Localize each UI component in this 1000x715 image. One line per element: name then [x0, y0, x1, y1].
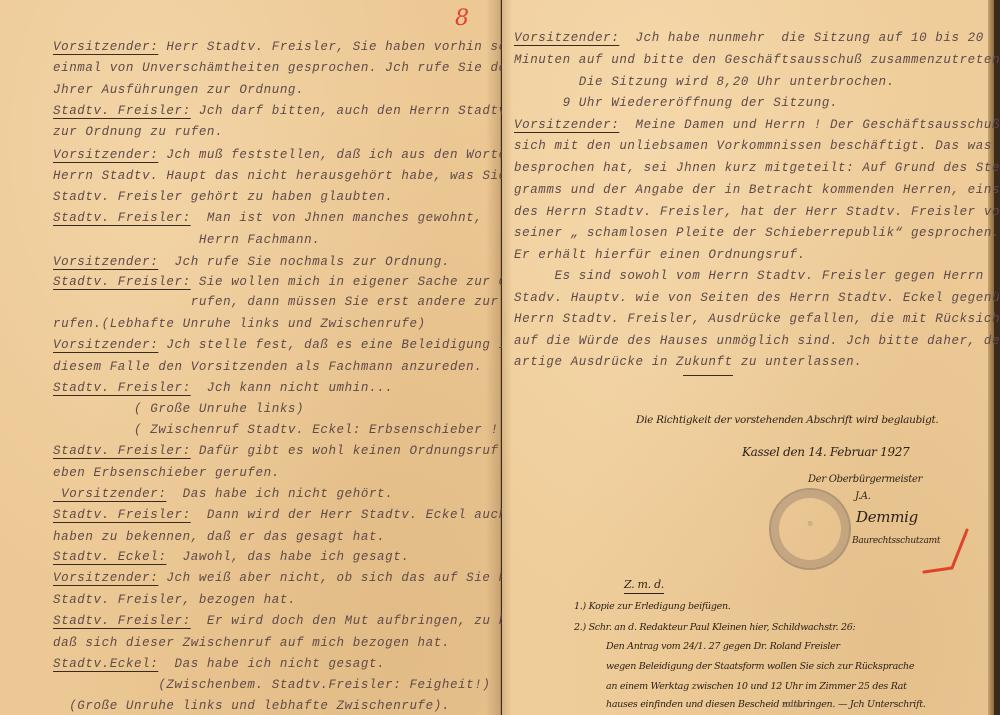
typed-line: (Große Unruhe links und lebhafte Zwische… — [53, 698, 450, 714]
typed-line: Stadtv. Freisler, bezogen hat. — [53, 592, 296, 608]
typed-line: Vorsitzender: Jch muß feststellen, daß i… — [53, 147, 547, 163]
speaker-label: Stadtv. Eckel: — [53, 550, 166, 564]
speaker-label: Stadtv. Freisler: — [53, 508, 191, 522]
typed-line: Herrn Stadtv. Haupt das nicht herausgehö… — [53, 168, 555, 184]
handwritten-note-line: an einem Werktag zwischen 10 und 12 Uhr … — [606, 681, 907, 692]
page-edge — [988, 0, 994, 715]
typed-line: Herrn Fachmann. — [53, 232, 320, 248]
line-text: des Herrn Stadtv. Freisler, hat der Herr… — [514, 205, 1000, 219]
speaker-label: Stadtv. Freisler: — [53, 381, 191, 395]
typed-line: 9 Uhr Wiedereröffnung der Sitzung. — [514, 95, 838, 111]
speaker-label: Vorsitzender: — [53, 338, 158, 352]
line-text: Die Sitzung wird 8,20 Uhr unterbrochen. — [514, 75, 895, 89]
typed-line: Vorsitzender: Das habe ich nicht gehört. — [53, 486, 393, 502]
typed-line: Er erhält hierfür einen Ordnungsruf. — [514, 247, 806, 263]
typed-line: Die Sitzung wird 8,20 Uhr unterbrochen. — [514, 74, 895, 90]
line-text: (Große Unruhe links und lebhafte Zwische… — [53, 699, 450, 713]
line-text: Jch stelle fest, daß es eine Beleidigung… — [158, 338, 555, 352]
ia-abbreviation: J.A. — [855, 491, 871, 502]
speaker-label: Stadtv. Freisler: — [53, 275, 191, 289]
line-text: einmal von Unverschämtheiten gesprochen.… — [53, 61, 555, 75]
place-date: Kassel den 14. Februar 1927 — [742, 445, 909, 459]
typed-line: (Zwischenbem. Stadtv.Freisler: Feigheit!… — [53, 677, 490, 693]
speaker-label: Vorsitzender: — [53, 255, 158, 269]
typed-line: Vorsitzender: Meine Damen und Herrn ! De… — [514, 117, 1000, 133]
note-header: Z. m. d. — [624, 578, 664, 591]
speaker-label: Stadtv. Freisler: — [53, 211, 191, 225]
typed-line: Herrn Stadtv. Freisler, Ausdrücke gefall… — [514, 311, 1000, 327]
left-page: Vorsitzender: Herr Stadtv. Freisler, Sie… — [0, 0, 501, 715]
typed-line: Stadtv. Freisler: Sie wollen mich in eig… — [53, 274, 555, 290]
typed-line: Stadtv.Eckel: Das habe ich nicht gesagt. — [53, 656, 385, 672]
line-text: Stadtv. Freisler gehört zu haben glaubte… — [53, 190, 393, 204]
typed-line: Stadtv. Freisler: Jch kann nicht umhin..… — [53, 380, 393, 396]
typed-line: gramms und der Angabe der in Betracht ko… — [514, 182, 1000, 198]
typed-line: haben zu bekennen, daß er das gesagt hat… — [53, 529, 385, 545]
line-text: besprochen hat, sei Jhnen kurz mitgeteil… — [514, 161, 1000, 175]
line-text: auf die Würde des Hauses unmöglich sind.… — [514, 334, 1000, 348]
speaker-label: Vorsitzender: — [53, 148, 158, 162]
typed-line: Minuten auf und bitte den Geschäftsaussc… — [514, 52, 1000, 68]
line-text: Jawohl, das habe ich gesagt. — [166, 550, 409, 564]
typed-line: Vorsitzender: Jch habe nunmehr die Sitzu… — [514, 30, 984, 46]
line-text: eben Erbsenschieber gerufen. — [53, 466, 280, 480]
typed-line: Stadtv. Freisler: Er wird doch den Mut a… — [53, 613, 572, 629]
typed-line: seiner „ schamlosen Pleite der Schieberr… — [514, 225, 1000, 241]
typed-line: Vorsitzender: Jch stelle fest, daß es ei… — [53, 337, 555, 353]
typed-line: eben Erbsenschieber gerufen. — [53, 465, 280, 481]
line-text: Sie wollen mich in eigener Sache zur Ord… — [191, 275, 556, 289]
line-text: Jch habe nunmehr die Sitzung auf 10 bis … — [619, 31, 984, 45]
pencil-note: z.d.A. — [782, 700, 803, 709]
typed-line: artige Ausdrücke in Zukunft zu unterlass… — [514, 354, 862, 370]
section-divider — [683, 375, 733, 376]
line-text: Es sind sowohl vom Herrn Stadtv. Freisle… — [514, 269, 984, 283]
line-text: ( Große Unruhe links) — [53, 402, 304, 416]
handwritten-note-line: — Jch Unterschrift. — [838, 699, 925, 710]
typed-line: Stadtv. Eckel: Jawohl, das habe ich gesa… — [53, 549, 409, 565]
line-text: sich mit den unliebsamen Vorkommnissen b… — [514, 139, 1000, 153]
typed-line: des Herrn Stadtv. Freisler, hat der Herr… — [514, 204, 1000, 220]
seal-emblem-icon: ◎ — [771, 520, 849, 527]
typed-line: ( Große Unruhe links) — [53, 401, 304, 417]
typed-line: rufen.(Lebhafte Unruhe links und Zwische… — [53, 316, 426, 332]
signature: Demmig — [856, 508, 918, 526]
line-text: Herr Stadtv. Freisler, Sie haben vorhin … — [158, 40, 531, 54]
typed-line: diesem Falle den Vorsitzenden als Fachma… — [53, 359, 482, 375]
typed-line: rufen, dann müssen Sie erst andere zur O… — [53, 294, 563, 310]
line-text: daß sich dieser Zwischenruf auf mich bez… — [53, 636, 450, 650]
typed-line: Vorsitzender: Jch rufe Sie nochmals zur … — [53, 254, 450, 270]
typed-line: Stadtv. Freisler: Dafür gibt es wohl kei… — [53, 443, 563, 459]
line-text: Jhrer Ausführungen zur Ordnung. — [53, 83, 304, 97]
typed-line: Stadv. Hauptv. wie von Seiten des Herrn … — [514, 290, 1000, 306]
red-check-mark-icon — [922, 528, 970, 576]
handwritten-note-line: 2.) Schr. an d. Redakteur Paul Kleinen h… — [574, 622, 855, 633]
speaker-label: Vorsitzender: — [514, 118, 619, 132]
line-text: Das habe ich nicht gehört. — [166, 487, 393, 501]
certification-note: Die Richtigkeit der vorstehenden Abschri… — [636, 414, 938, 426]
line-text: Herrn Fachmann. — [53, 233, 320, 247]
typed-line: einmal von Unverschämtheiten gesprochen.… — [53, 60, 555, 76]
typed-line: zur Ordnung zu rufen. — [53, 124, 223, 140]
handwritten-note-line: Den Antrag vom 24/1. 27 gegen Dr. Roland… — [606, 641, 840, 652]
line-text: 9 Uhr Wiedereröffnung der Sitzung. — [514, 96, 838, 110]
speaker-label: Vorsitzender: — [53, 40, 158, 54]
line-text: Man ist von Jhnen manches gewohnt, — [191, 211, 483, 225]
line-text: rufen, dann müssen Sie erst andere zur O… — [53, 295, 563, 309]
speaker-label: Stadtv. Freisler: — [53, 444, 191, 458]
line-text: seiner „ schamlosen Pleite der Schieberr… — [514, 226, 1000, 240]
handwritten-note-line: wegen Beleidigung der Staatsform wollen … — [606, 661, 914, 672]
line-text: Herrn Stadtv. Haupt das nicht herausgehö… — [53, 169, 555, 183]
typed-line: Stadtv. Freisler: Man ist von Jhnen manc… — [53, 210, 482, 226]
line-text: Jch darf bitten, auch den Herrn Stadtv.H… — [191, 104, 556, 118]
handwritten-note-line: 1.) Kopie zur Erledigung beifügen. — [574, 601, 731, 612]
document-spread: Vorsitzender: Herr Stadtv. Freisler, Sie… — [0, 0, 1000, 715]
line-text: Minuten auf und bitte den Geschäftsaussc… — [514, 53, 1000, 67]
line-text: haben zu bekennen, daß er das gesagt hat… — [53, 530, 385, 544]
line-text: rufen.(Lebhafte Unruhe links und Zwische… — [53, 317, 426, 331]
speaker-label: Stadtv. Freisler: — [53, 614, 191, 628]
typed-line: besprochen hat, sei Jhnen kurz mitgeteil… — [514, 160, 1000, 176]
speaker-label: Vorsitzender: — [53, 487, 166, 501]
authority-line: Der Oberbürgermeister — [808, 474, 922, 485]
line-text: Das habe ich nicht gesagt. — [158, 657, 385, 671]
line-text: ( Zwischenruf Stadtv. Eckel: Erbsenschie… — [53, 423, 499, 437]
line-text: Er erhält hierfür einen Ordnungsruf. — [514, 248, 806, 262]
typed-line: Jhrer Ausführungen zur Ordnung. — [53, 82, 304, 98]
line-text: artige Ausdrücke in Zukunft zu unterlass… — [514, 355, 862, 369]
typed-line: Es sind sowohl vom Herrn Stadtv. Freisle… — [514, 268, 984, 284]
line-text: Meine Damen und Herrn ! Der Geschäftsaus… — [619, 118, 1000, 132]
typed-line: Stadtv. Freisler: Jch darf bitten, auch … — [53, 103, 555, 119]
line-text: zur Ordnung zu rufen. — [53, 125, 223, 139]
line-text: Herrn Stadtv. Freisler, Ausdrücke gefall… — [514, 312, 1000, 326]
page-number: 8 — [455, 6, 469, 31]
line-text: Jch rufe Sie nochmals zur Ordnung. — [158, 255, 450, 269]
official-seal-stamp: ◎ — [769, 488, 851, 570]
typed-line: Vorsitzender: Herr Stadtv. Freisler, Sie… — [53, 39, 531, 55]
typed-line: auf die Würde des Hauses unmöglich sind.… — [514, 333, 1000, 349]
line-text: Stadtv. Freisler, bezogen hat. — [53, 593, 296, 607]
typed-line: Vorsitzender: Jch weiß aber nicht, ob si… — [53, 570, 531, 586]
line-text: Stadv. Hauptv. wie von Seiten des Herrn … — [514, 291, 1000, 305]
typed-line: sich mit den unliebsamen Vorkommnissen b… — [514, 138, 1000, 154]
typed-line: Stadtv. Freisler gehört zu haben glaubte… — [53, 189, 393, 205]
line-text: Jch weiß aber nicht, ob sich das auf Sie… — [158, 571, 531, 585]
line-text: (Zwischenbem. Stadtv.Freisler: Feigheit!… — [53, 678, 490, 692]
line-text: Jch muß feststellen, daß ich aus den Wor… — [158, 148, 547, 162]
line-text: Jch kann nicht umhin... — [191, 381, 394, 395]
speaker-label: Stadtv.Eckel: — [53, 657, 158, 671]
typed-line: ( Zwischenruf Stadtv. Eckel: Erbsenschie… — [53, 422, 499, 438]
speaker-label: Vorsitzender: — [514, 31, 619, 45]
line-text: gramms und der Angabe der in Betracht ko… — [514, 183, 1000, 197]
speaker-label: Vorsitzender: — [53, 571, 158, 585]
speaker-label: Stadtv. Freisler: — [53, 104, 191, 118]
line-text: diesem Falle den Vorsitzenden als Fachma… — [53, 360, 482, 374]
typed-line: Stadtv. Freisler: Dann wird der Herr Sta… — [53, 507, 563, 523]
typed-line: daß sich dieser Zwischenruf auf mich bez… — [53, 635, 450, 651]
